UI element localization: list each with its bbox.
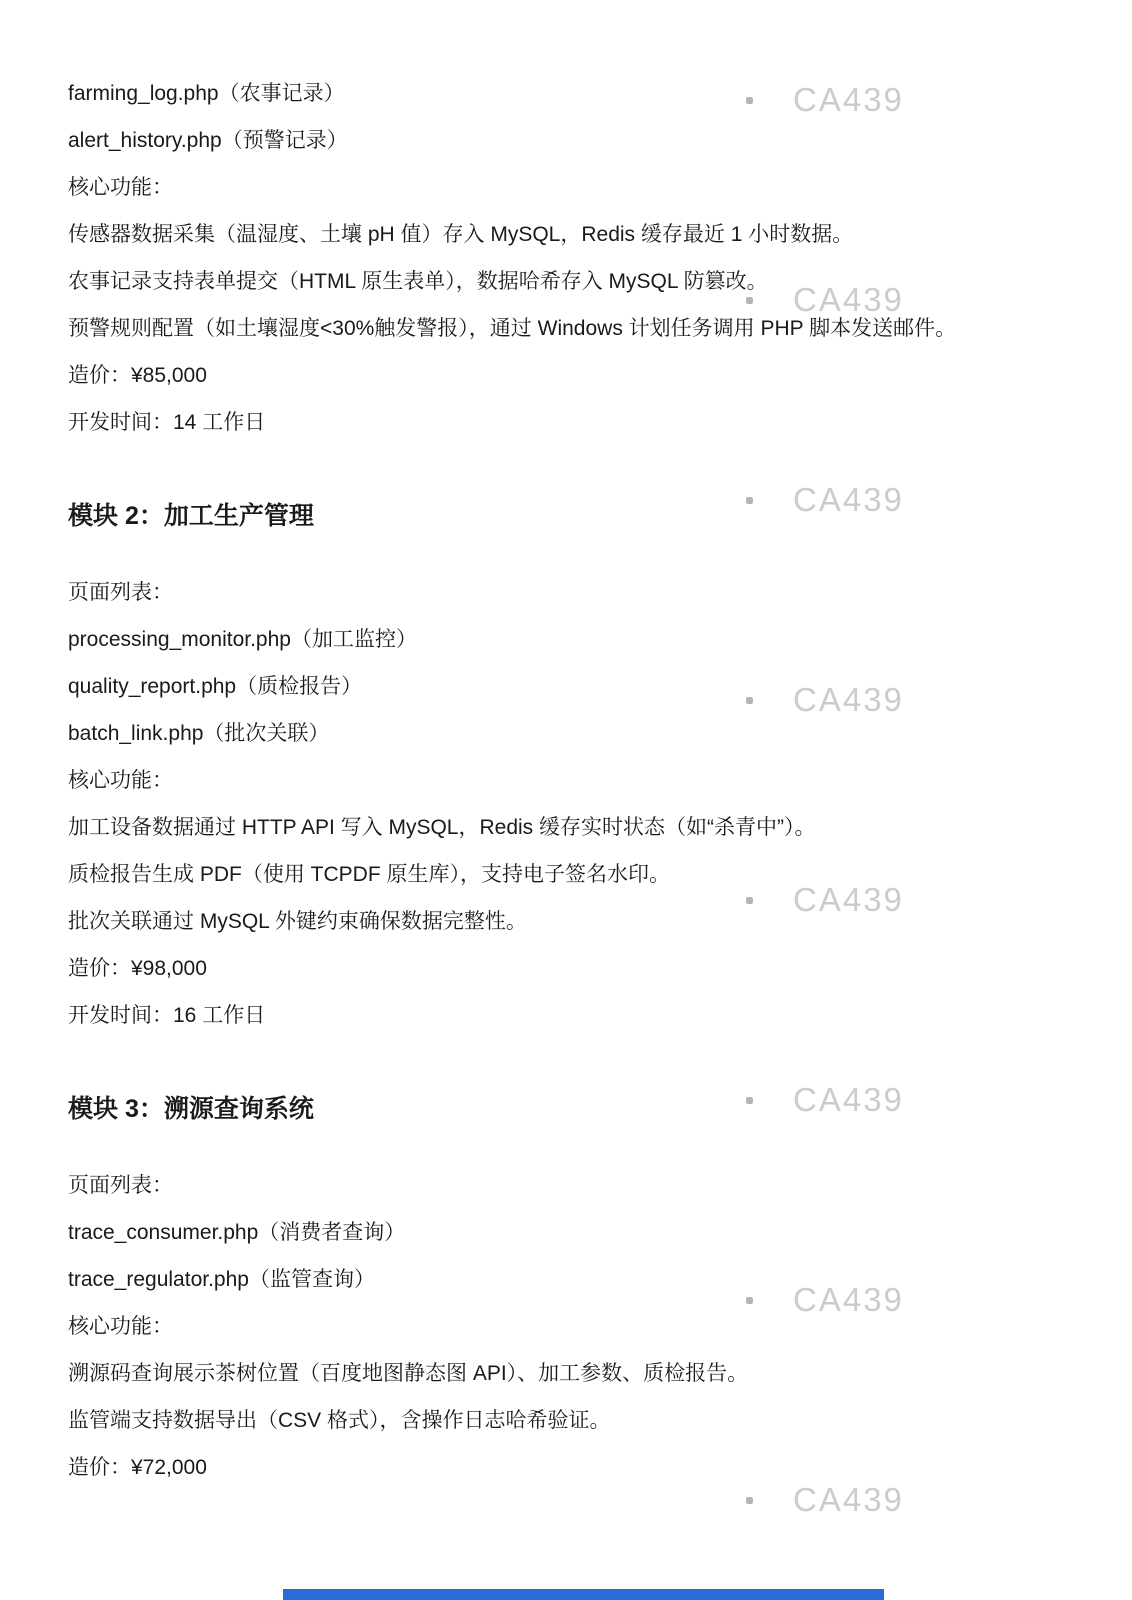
document-line: processing_monitor.php（加工监控） xyxy=(68,626,1112,654)
document-line: 造价：¥98,000 xyxy=(68,955,1112,983)
document-line: 页面列表： xyxy=(68,579,1112,607)
document-line: 预警规则配置（如土壤湿度<30%触发警报），通过 Windows 计划任务调用 … xyxy=(68,315,1112,343)
bottom-blue-bar xyxy=(283,1589,884,1600)
document-canvas: { "page": { "background": "#ffffff", "te… xyxy=(0,0,1132,1600)
document-line: trace_consumer.php（消费者查询） xyxy=(68,1219,1112,1247)
document-line: quality_report.php（质检报告） xyxy=(68,673,1112,701)
document-line: farming_log.php（农事记录） xyxy=(68,80,1112,108)
document-line: 开发时间：16 工作日 xyxy=(68,1002,1112,1030)
document-line: 质检报告生成 PDF（使用 TCPDF 原生库），支持电子签名水印。 xyxy=(68,861,1112,889)
word-document-page: CA439CA439CA439CA439CA439CA439CA439CA439… xyxy=(0,0,1132,1600)
document-line: 农事记录支持表单提交（HTML 原生表单），数据哈希存入 MySQL 防篡改。 xyxy=(68,268,1112,296)
document-line: 造价：¥85,000 xyxy=(68,362,1112,390)
document-line: 监管端支持数据导出（CSV 格式），含操作日志哈希验证。 xyxy=(68,1407,1112,1435)
document-line: 加工设备数据通过 HTTP API 写入 MySQL，Redis 缓存实时状态（… xyxy=(68,814,1112,842)
document-line: 核心功能： xyxy=(68,767,1112,795)
document-content: farming_log.php（农事记录）alert_history.php（预… xyxy=(68,80,1112,1501)
section-heading: 模块 2：加工生产管理 xyxy=(68,499,1112,533)
document-line: 造价：¥72,000 xyxy=(68,1454,1112,1482)
section-heading: 模块 3：溯源查询系统 xyxy=(68,1092,1112,1126)
document-line: 页面列表： xyxy=(68,1172,1112,1200)
document-line: 核心功能： xyxy=(68,1313,1112,1341)
document-line: batch_link.php（批次关联） xyxy=(68,720,1112,748)
document-line: trace_regulator.php（监管查询） xyxy=(68,1266,1112,1294)
document-line: 溯源码查询展示茶树位置（百度地图静态图 API）、加工参数、质检报告。 xyxy=(68,1360,1112,1388)
document-line: alert_history.php（预警记录） xyxy=(68,127,1112,155)
document-line: 核心功能： xyxy=(68,174,1112,202)
document-line: 传感器数据采集（温湿度、土壤 pH 值）存入 MySQL，Redis 缓存最近 … xyxy=(68,221,1112,249)
document-line: 批次关联通过 MySQL 外键约束确保数据完整性。 xyxy=(68,908,1112,936)
document-line: 开发时间：14 工作日 xyxy=(68,409,1112,437)
